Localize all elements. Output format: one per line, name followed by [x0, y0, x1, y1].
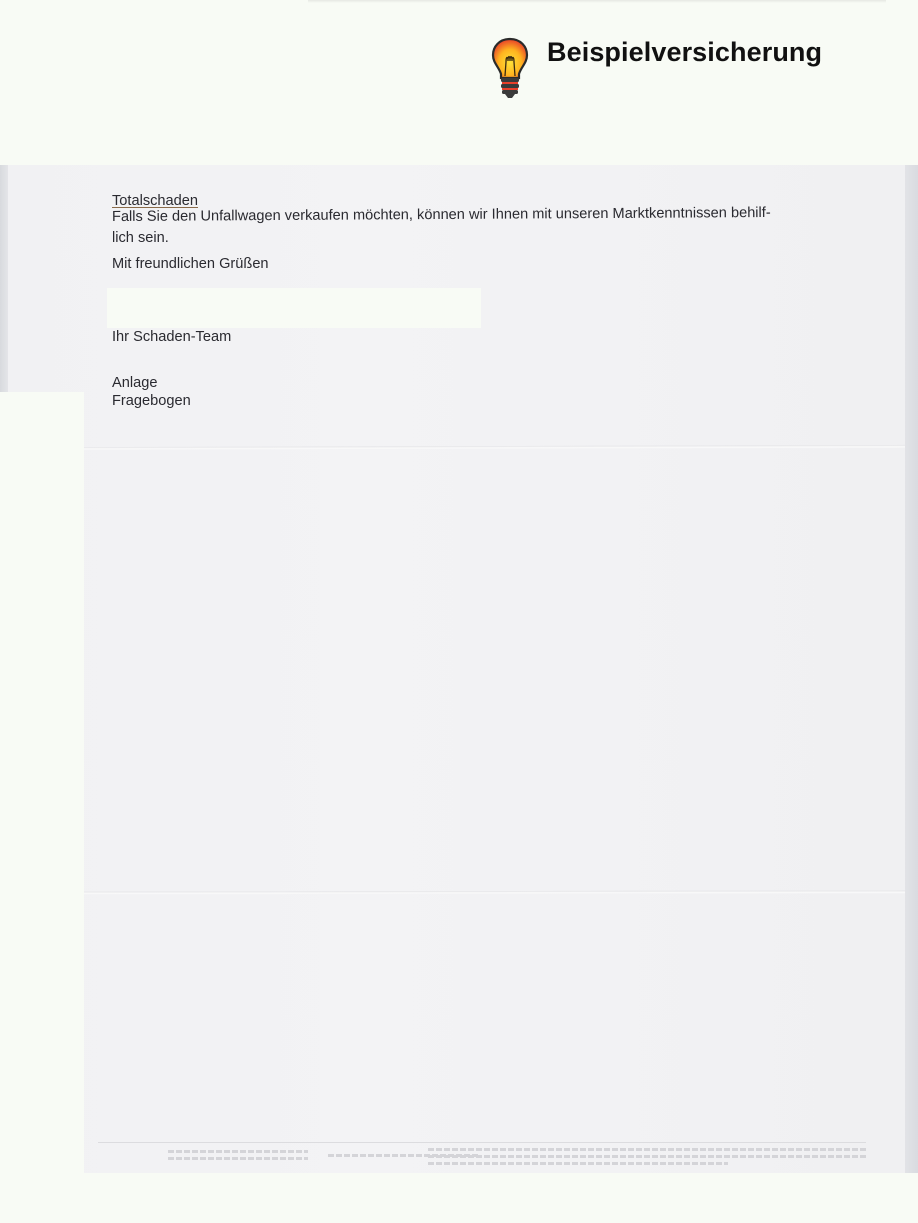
- enclosure-label: Anlage: [112, 373, 157, 393]
- lightbulb-icon: [490, 36, 530, 100]
- paper-edge-left: [0, 165, 8, 392]
- footer-fineprint: [168, 1157, 308, 1160]
- footer-fineprint: [428, 1155, 866, 1158]
- cropped-margin: [0, 392, 84, 1223]
- top-shadow: [308, 0, 886, 3]
- letter-body-line: Falls Sie den Unfallwagen verkaufen möch…: [112, 203, 771, 227]
- paper-edge-right: [905, 165, 918, 1173]
- letter-body-line: lich sein.: [112, 228, 169, 248]
- footer-fineprint: [168, 1150, 308, 1153]
- footer-rule: [98, 1142, 866, 1143]
- footer-fineprint: [428, 1162, 728, 1165]
- letter-footer: [98, 1140, 866, 1172]
- footer-fineprint: [428, 1148, 866, 1151]
- brand-name: Beispielversicherung: [547, 37, 822, 68]
- bottom-margin: [0, 1173, 918, 1223]
- letter-signature: Ihr Schaden-Team: [112, 327, 231, 347]
- enclosure-item: Fragebogen: [112, 391, 191, 411]
- redacted-signature: [107, 288, 481, 328]
- letter-closing: Mit freundlichen Grüßen: [112, 254, 269, 274]
